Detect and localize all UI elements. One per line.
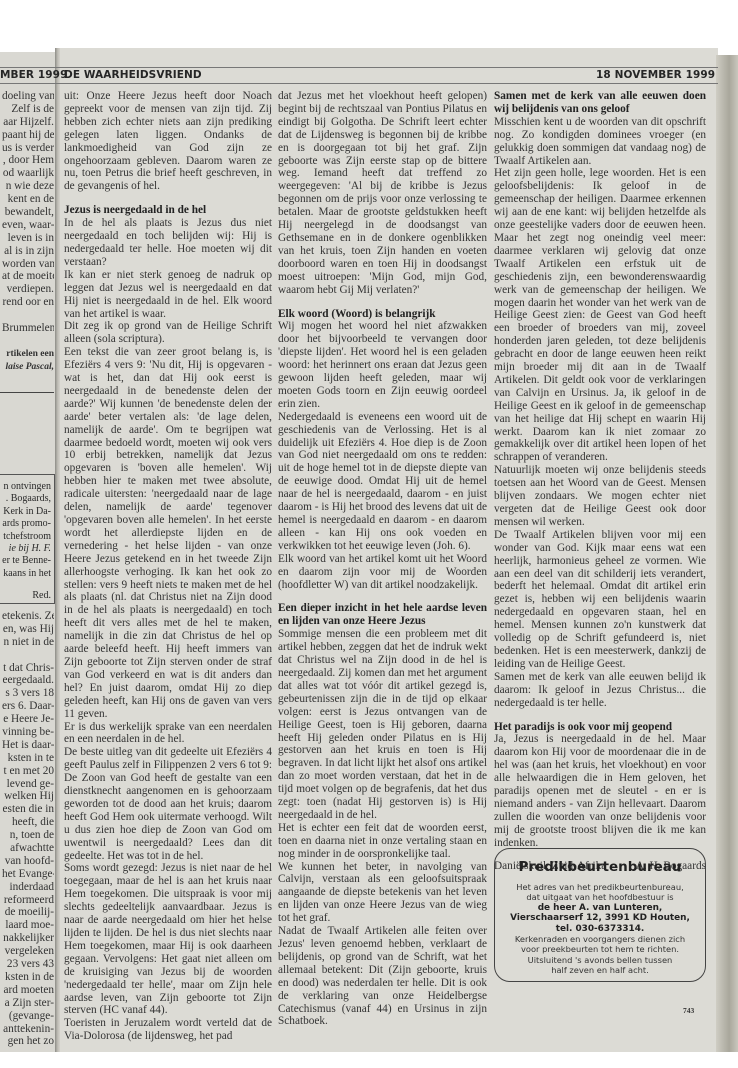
fragment-line: t en met 20 — [2, 765, 54, 778]
fragment-line — [2, 649, 54, 662]
box-line: ards promo- — [0, 518, 51, 530]
fragment-line: ksten in te — [2, 752, 54, 765]
fragment-line: al is in zijn — [2, 245, 54, 258]
box-line: tchefstroom — [0, 531, 51, 543]
fragment-line: paant hij de — [2, 129, 54, 142]
fragment-line: n niet in de — [2, 636, 54, 649]
fragment-line: us is verder — [2, 142, 54, 155]
fragment-line: nakkelijker — [2, 932, 54, 945]
fragment-line: Zelf is de — [2, 103, 54, 116]
fragment-line: levend ge- — [2, 778, 54, 791]
paragraph: Er is dus werkelijk sprake van een neerd… — [64, 721, 272, 747]
fragment-line: vergeleken — [2, 945, 54, 958]
fragment-line: even, waar- — [2, 219, 54, 232]
fragment-line: , door Hem — [2, 154, 54, 167]
fragment-line: doeling van — [2, 90, 54, 103]
paragraph: Ik kan er niet sterk genoeg de nadruk op… — [64, 269, 272, 321]
fragment-line: kent en de — [2, 193, 54, 206]
fragment-line: at de moeite — [2, 270, 54, 283]
section-heading: Jezus is neergedaald in de hel — [64, 204, 272, 217]
contact-name: de heer A. van Lunteren, — [495, 903, 705, 913]
fragment-line: rend oor en — [2, 296, 54, 309]
box-line: half zeven en half acht. — [495, 965, 705, 975]
fragment-line: leven is in — [2, 232, 54, 245]
box-line: kaans in het — [0, 568, 51, 580]
fragment-line: worden van — [2, 258, 54, 271]
fragment-note: laise Pascal, — [2, 361, 54, 374]
paragraph: dat Jezus met het vloekhout heeft gelope… — [278, 90, 487, 297]
contact-phone: tel. 030-6373314. — [495, 924, 705, 934]
fragment-line: afwachtte — [2, 842, 54, 855]
fragment-line: a Zijn ster- — [2, 997, 54, 1010]
fragment-line: verdiepen. — [2, 283, 54, 296]
section-heading: Een dieper inzicht in het hele aardse le… — [278, 602, 487, 628]
paragraph: Misschien kent u de woorden van dit opsc… — [494, 116, 706, 168]
paragraph: Natuurlijk moeten wij onze belijdenis st… — [494, 464, 706, 529]
header-rule-bottom — [0, 83, 718, 84]
paragraph: Het is echter een feit dat de woorden ee… — [278, 822, 487, 861]
paragraph: Wij mogen het woord hel niet afzwakken d… — [278, 320, 487, 410]
fragment-line: ard moeten — [2, 984, 54, 997]
article-column-1: uit: Onze Heere Jezus heeft door Noach g… — [64, 90, 272, 1043]
fragment-line: (gevange- — [2, 1010, 54, 1023]
box-line: voor preekbeurten tot hem te richten. — [495, 944, 705, 954]
book-spine — [55, 48, 60, 1058]
paragraph: Dit zeg ik op grond van de Heilige Schri… — [64, 320, 272, 346]
box-line: Het adres van het predikbeurtenbureau, — [495, 882, 705, 892]
header-rule-top — [0, 67, 718, 68]
paragraph: Ja, Jezus is neergedaald in de hel. Maar… — [494, 733, 706, 849]
paragraph: uit: Onze Heere Jezus heeft door Noach g… — [64, 90, 272, 193]
paragraph: We kunnen het beter, in navolging van Ca… — [278, 861, 487, 926]
fragment-line: heeft, die — [2, 816, 54, 829]
paragraph: De beste uitleg van dit gedeelte uit Efe… — [64, 746, 272, 862]
fragment-line: t dat Chris- — [2, 662, 54, 675]
publication-title: DE WAARHEIDSVRIEND — [64, 69, 202, 81]
fragment-line: en, was Hij — [2, 623, 54, 636]
box-line: dat uitgaat van het hoofdbestuur is — [495, 892, 705, 902]
fragment-line: anttekenin- — [2, 1023, 54, 1036]
page-edge — [716, 55, 738, 1068]
fragment-note: rtikelen een — [2, 348, 54, 361]
issue-date: 18 NOVEMBER 1999 — [596, 69, 715, 81]
fragment-line: reformeerd — [2, 894, 54, 907]
fragment-divider — [0, 392, 54, 393]
contact-address: Vierschaarserf 12, 3991 KD Houten, — [495, 913, 705, 923]
fragment-line: od waarlijk — [2, 167, 54, 180]
paragraph: Toeristen in Jeruzalem wordt verteld dat… — [64, 1017, 272, 1043]
fragment-line: van hoofd- — [2, 855, 54, 868]
box-line: . Bogaards, — [0, 493, 51, 505]
fragment-line: welken Hij — [2, 790, 54, 803]
background — [0, 1052, 738, 1068]
left-page-date-fragment: MBER 1999 — [0, 69, 68, 81]
paragraph: De Twaalf Artikelen blijven voor mij een… — [494, 529, 706, 671]
fragment-line: n, toen de — [2, 829, 54, 842]
paragraph: Nadat de Twaalf Artikelen alle feiten ov… — [278, 925, 487, 1028]
fragment-line: eergedaald. — [2, 674, 54, 687]
fragment-line: n wie deze — [2, 180, 54, 193]
box-line: Uitsluitend 's avonds bellen tussen — [495, 955, 705, 965]
box-line: Kerkenraden en voorgangers dienen zich — [495, 934, 705, 944]
fragment-line: esten die in — [2, 803, 54, 816]
left-page-notice-box: n ontvingen . Bogaards, Kerk in Da- ards… — [0, 474, 55, 604]
box-line: ie bij H. F. — [0, 543, 51, 555]
box-line: er te Benne- — [0, 555, 51, 567]
paragraph: Een tekst die van zeer groot belang is, … — [64, 346, 272, 720]
article-column-2: dat Jezus met het vloekhout heeft gelope… — [278, 90, 487, 1028]
fragment-line: bewandelt, — [2, 206, 54, 219]
box-title: Predikbeurtenbureau — [495, 859, 705, 875]
section-heading: Het paradijs is ook voor mij geopend — [494, 721, 706, 734]
fragment-signature: Brummelen — [2, 322, 54, 335]
paragraph: Sommige mensen die een probleem met dit … — [278, 628, 487, 822]
fragment-line: ers 6. Daar- — [2, 700, 54, 713]
fragment-line: ksten in de — [2, 971, 54, 984]
predikbeurtenbureau-box: Predikbeurtenbureau Het adres van het pr… — [494, 848, 706, 982]
paragraph: Elk woord van het artikel komt uit het W… — [278, 553, 487, 592]
fragment-line: e Heere Je- — [2, 713, 54, 726]
section-heading: Elk woord (Woord) is belangrijk — [278, 308, 487, 321]
fragment-line: gen het zo — [2, 1035, 54, 1048]
fragment-line: s 3 vers 18 — [2, 687, 54, 700]
page-number: 743 — [683, 1006, 694, 1015]
box-body: Het adres van het predikbeurtenbureau, d… — [495, 882, 705, 976]
fragment-line: de moeilij- — [2, 906, 54, 919]
box-signoff: Red. — [0, 590, 51, 602]
paragraph: Samen met de kerk van alle eeuwen belijd… — [494, 671, 706, 710]
paragraph: In de hel als plaats is Jezus dus niet n… — [64, 217, 272, 269]
fragment-line: het Evange- — [2, 868, 54, 881]
box-line: n ontvingen — [0, 481, 51, 493]
fragment-line: laard moe- — [2, 919, 54, 932]
section-heading: Samen met de kerk van alle eeuwen doen w… — [494, 90, 706, 116]
paragraph: Soms wordt gezegd: Jezus is niet naar de… — [64, 862, 272, 1017]
fragment-line: vinning be- — [2, 726, 54, 739]
left-page-fragment-column: doeling van Zelf is de aar Hijzelf. paan… — [2, 90, 54, 374]
paragraph: Nedergedaald is eveneens een woord uit d… — [278, 411, 487, 553]
box-line: Kerk in Da- — [0, 506, 51, 518]
fragment-line: aar Hijzelf. — [2, 116, 54, 129]
fragment-line: etekenis. Ze — [2, 610, 54, 623]
fragment-line: Het is daar- — [2, 739, 54, 752]
paragraph: Het zijn geen holle, lege woorden. Het i… — [494, 167, 706, 464]
fragment-line: 23 vers 43 — [2, 958, 54, 971]
left-page-fragment-column-bottom: etekenis. Ze en, was Hij n niet in de t … — [2, 610, 54, 1048]
fragment-line: inderdaad — [2, 881, 54, 894]
article-column-3: Samen met de kerk van alle eeuwen doen w… — [494, 90, 706, 872]
